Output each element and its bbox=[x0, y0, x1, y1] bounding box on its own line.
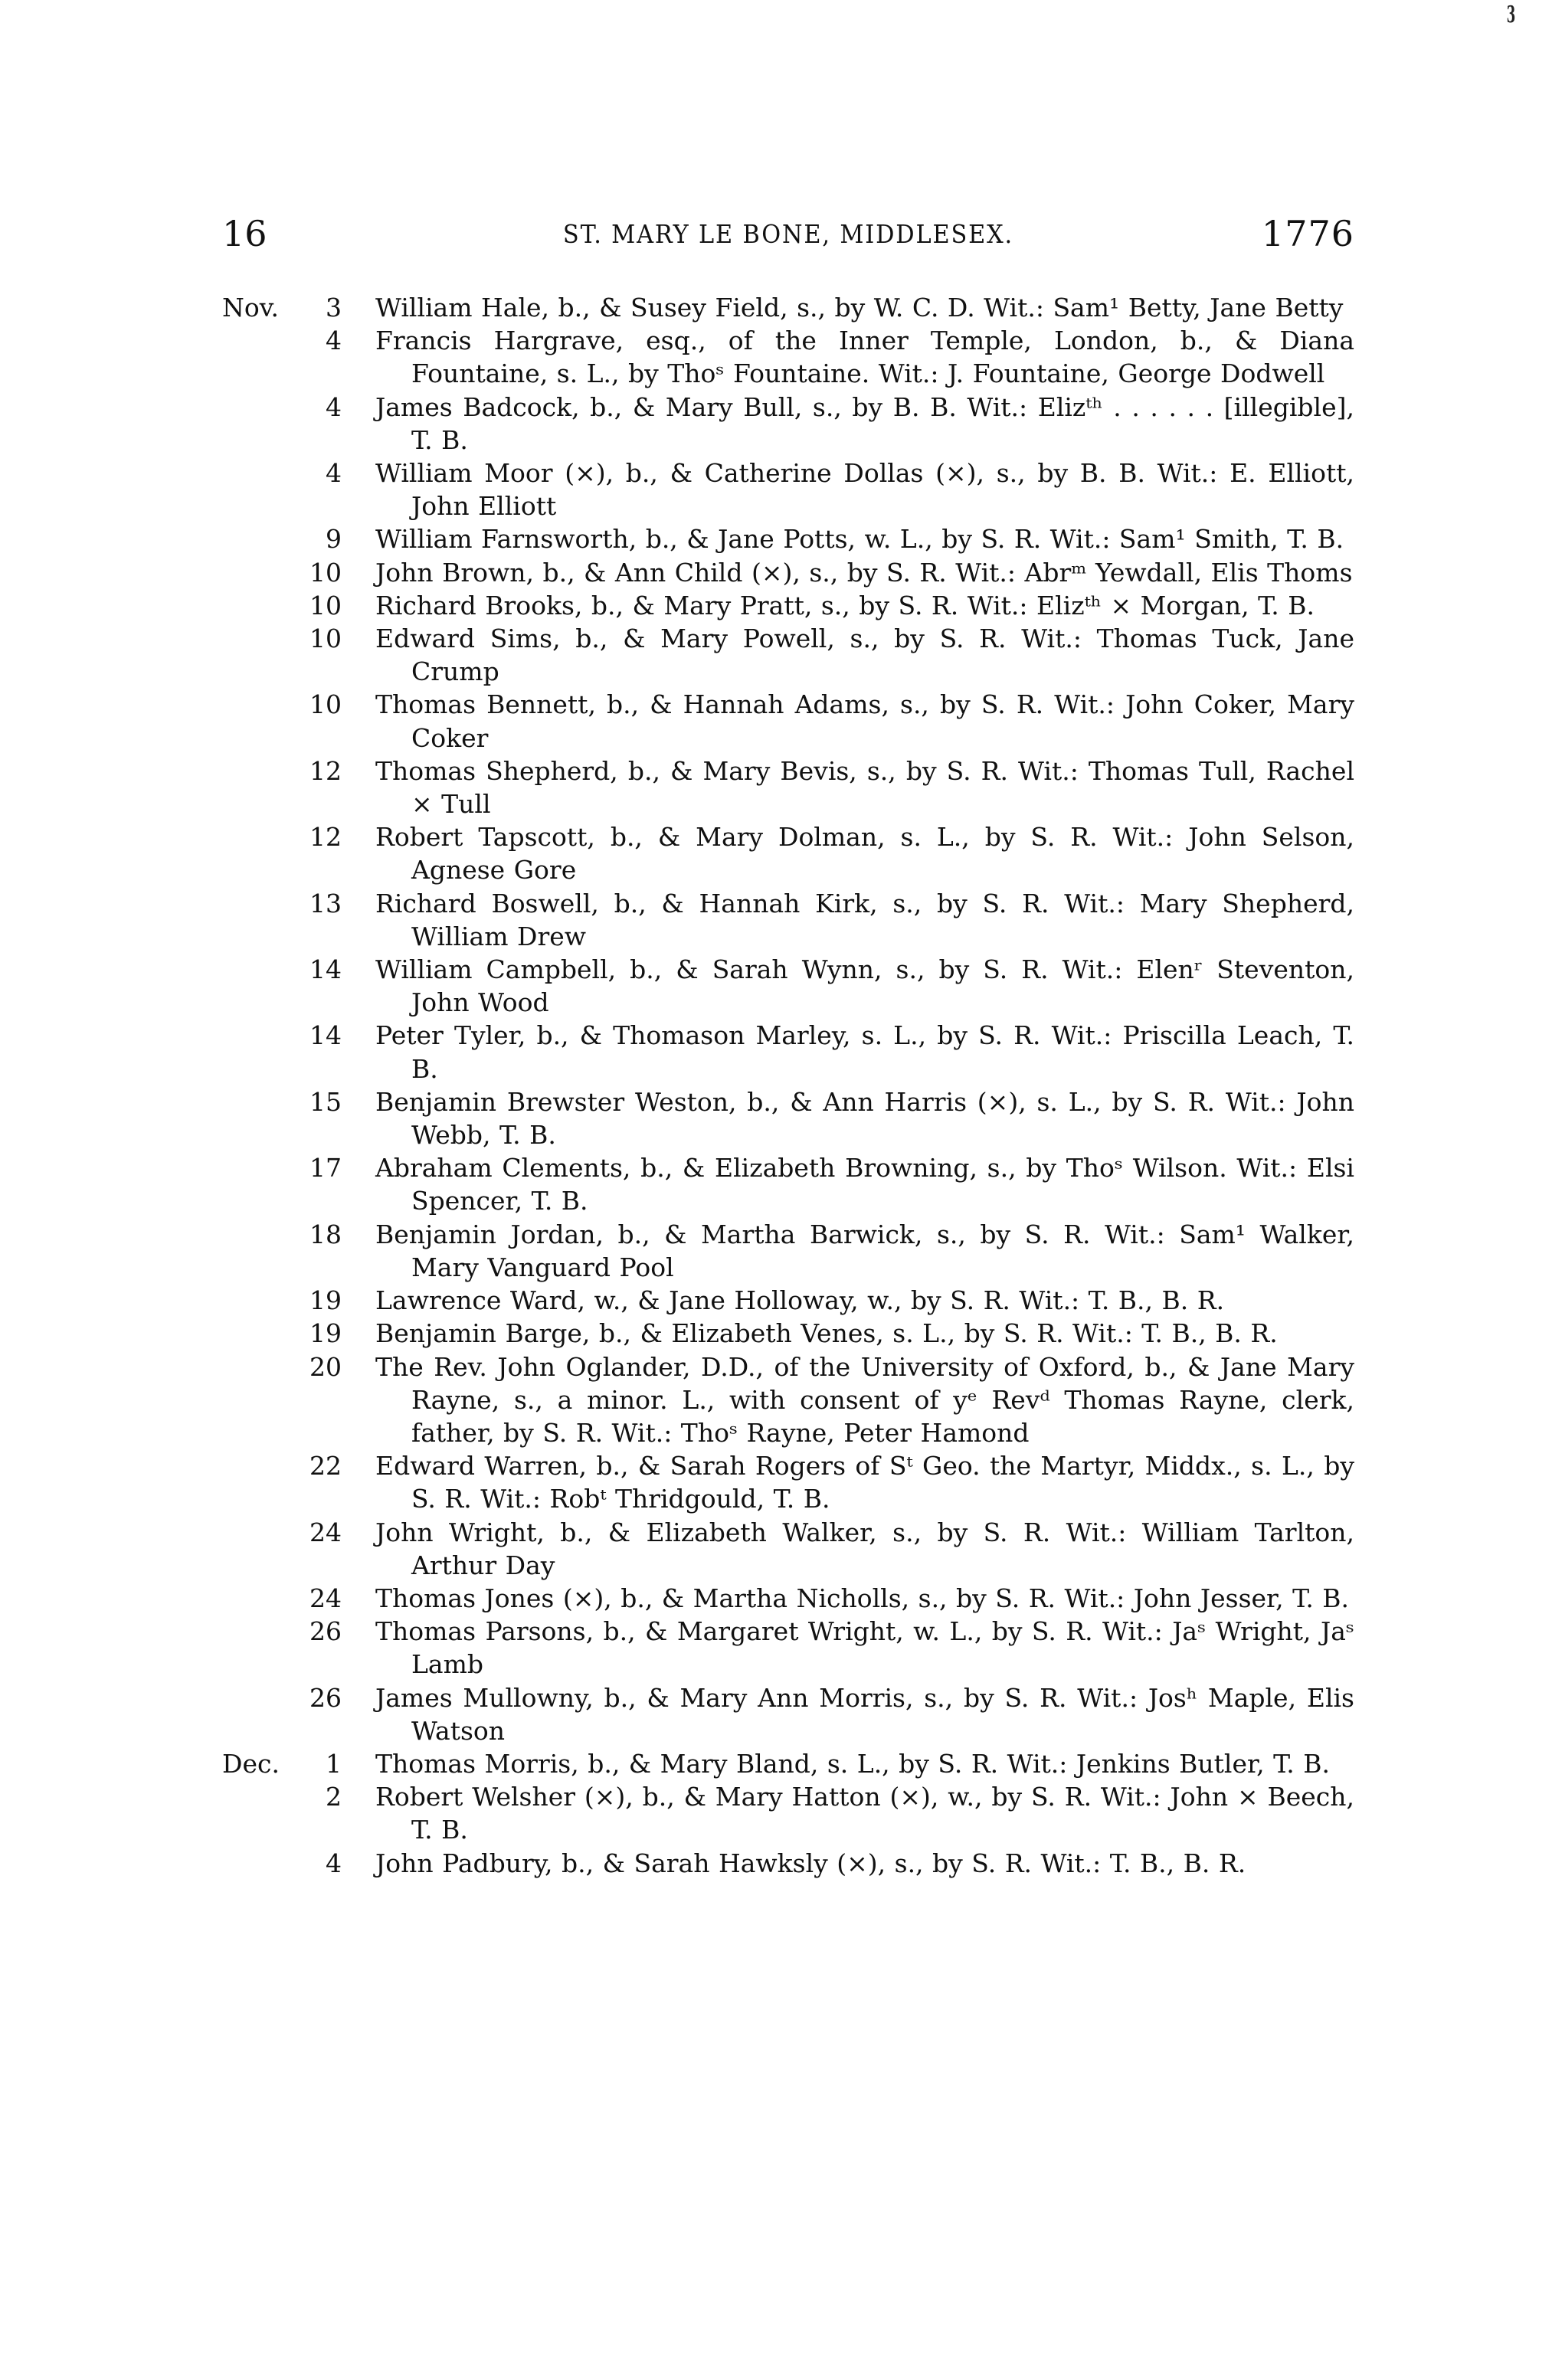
register-entry: Dec.1Thomas Morris, b., & Mary Bland, s.… bbox=[222, 1747, 1354, 1780]
entry-day: 13 bbox=[291, 887, 342, 920]
entry-day: 4 bbox=[291, 324, 342, 357]
register-entry: 10Richard Brooks, b., & Mary Pratt, s., … bbox=[222, 589, 1354, 622]
page-title: ST. MARY LE BONE, MIDDLESEX. bbox=[267, 219, 1309, 249]
entry-day: 19 bbox=[291, 1284, 342, 1317]
entry-day: 2 bbox=[291, 1780, 342, 1813]
entry-day: 20 bbox=[291, 1350, 342, 1383]
entry-day: 26 bbox=[291, 1615, 342, 1648]
register-entry: 17Abraham Clements, b., & Elizabeth Brow… bbox=[222, 1151, 1354, 1217]
register-entry: 10Edward Sims, b., & Mary Powell, s., by… bbox=[222, 622, 1354, 688]
register-entry: 12Robert Tapscott, b., & Mary Dolman, s.… bbox=[222, 820, 1354, 886]
register-entry: 10John Brown, b., & Ann Child (×), s., b… bbox=[222, 556, 1354, 589]
entry-text: William Moor (×), b., & Catherine Dollas… bbox=[375, 457, 1354, 522]
entry-text: Thomas Morris, b., & Mary Bland, s. L., … bbox=[375, 1747, 1354, 1780]
entry-day: 22 bbox=[291, 1449, 342, 1482]
entry-day: 24 bbox=[291, 1516, 342, 1549]
entry-day: 4 bbox=[291, 457, 342, 489]
entry-text: William Hale, b., & Susey Field, s., by … bbox=[375, 291, 1354, 324]
register-entry: 12Thomas Shepherd, b., & Mary Bevis, s.,… bbox=[222, 755, 1354, 820]
entry-text: Peter Tyler, b., & Thomason Marley, s. L… bbox=[375, 1019, 1354, 1085]
register-entry: 14Peter Tyler, b., & Thomason Marley, s.… bbox=[222, 1019, 1354, 1085]
register-entry: 15Benjamin Brewster Weston, b., & Ann Ha… bbox=[222, 1085, 1354, 1151]
entry-day: 10 bbox=[291, 556, 342, 589]
entry-day: 12 bbox=[291, 755, 342, 787]
entry-text: Lawrence Ward, w., & Jane Holloway, w., … bbox=[375, 1284, 1354, 1317]
entry-text: Richard Boswell, b., & Hannah Kirk, s., … bbox=[375, 887, 1354, 953]
register-entry: 26James Mullowny, b., & Mary Ann Morris,… bbox=[222, 1681, 1354, 1747]
entry-day: 15 bbox=[291, 1085, 342, 1118]
entry-day: 10 bbox=[291, 589, 342, 622]
register-entry: Nov.3William Hale, b., & Susey Field, s.… bbox=[222, 291, 1354, 324]
entry-day: 26 bbox=[291, 1681, 342, 1714]
entry-text: John Wright, b., & Elizabeth Walker, s.,… bbox=[375, 1516, 1354, 1582]
entry-day: 4 bbox=[291, 391, 342, 424]
register-entry: 19Benjamin Barge, b., & Elizabeth Venes,… bbox=[222, 1317, 1354, 1350]
register-entry: 2Robert Welsher (×), b., & Mary Hatton (… bbox=[222, 1780, 1354, 1846]
entry-day: 10 bbox=[291, 688, 342, 721]
entry-day: 4 bbox=[291, 1847, 342, 1880]
register-entry: 13Richard Boswell, b., & Hannah Kirk, s.… bbox=[222, 887, 1354, 953]
entry-text: Benjamin Brewster Weston, b., & Ann Harr… bbox=[375, 1085, 1354, 1151]
entry-text: William Campbell, b., & Sarah Wynn, s., … bbox=[375, 953, 1354, 1019]
register-entry: 24John Wright, b., & Elizabeth Walker, s… bbox=[222, 1516, 1354, 1582]
entry-day: 18 bbox=[291, 1218, 342, 1251]
entry-day: 3 bbox=[291, 291, 342, 324]
entry-text: Richard Brooks, b., & Mary Pratt, s., by… bbox=[375, 589, 1354, 622]
entry-day: 12 bbox=[291, 820, 342, 853]
entry-text: Francis Hargrave, esq., of the Inner Tem… bbox=[375, 324, 1354, 390]
register-entry: 18Benjamin Jordan, b., & Martha Barwick,… bbox=[222, 1218, 1354, 1284]
entry-text: James Badcock, b., & Mary Bull, s., by B… bbox=[375, 391, 1354, 457]
entry-text: Abraham Clements, b., & Elizabeth Browni… bbox=[375, 1151, 1354, 1217]
entry-text: Edward Sims, b., & Mary Powell, s., by S… bbox=[375, 622, 1354, 688]
entry-day: 10 bbox=[291, 622, 342, 655]
register-entry: 4James Badcock, b., & Mary Bull, s., by … bbox=[222, 391, 1354, 457]
register-entry: 14William Campbell, b., & Sarah Wynn, s.… bbox=[222, 953, 1354, 1019]
register-entry: 4Francis Hargrave, esq., of the Inner Te… bbox=[222, 324, 1354, 390]
entry-text: John Padbury, b., & Sarah Hawksly (×), s… bbox=[375, 1847, 1354, 1880]
entry-text: John Brown, b., & Ann Child (×), s., by … bbox=[375, 556, 1354, 589]
marriage-register: Nov.3William Hale, b., & Susey Field, s.… bbox=[222, 291, 1354, 1880]
entry-day: 14 bbox=[291, 953, 342, 986]
entry-month: Nov. bbox=[222, 291, 291, 324]
entry-text: Thomas Jones (×), b., & Martha Nicholls,… bbox=[375, 1582, 1354, 1615]
entry-month: Dec. bbox=[222, 1747, 291, 1780]
entry-text: James Mullowny, b., & Mary Ann Morris, s… bbox=[375, 1681, 1354, 1747]
entry-text: The Rev. John Oglander, D.D., of the Uni… bbox=[375, 1350, 1354, 1450]
register-entry: 19Lawrence Ward, w., & Jane Holloway, w.… bbox=[222, 1284, 1354, 1317]
entry-day: 14 bbox=[291, 1019, 342, 1052]
register-entry: 22Edward Warren, b., & Sarah Rogers of S… bbox=[222, 1449, 1354, 1515]
entry-text: Thomas Shepherd, b., & Mary Bevis, s., b… bbox=[375, 755, 1354, 820]
entry-text: Edward Warren, b., & Sarah Rogers of Sᵗ … bbox=[375, 1449, 1354, 1515]
entry-text: Thomas Bennett, b., & Hannah Adams, s., … bbox=[375, 688, 1354, 754]
register-entry: 10Thomas Bennett, b., & Hannah Adams, s.… bbox=[222, 688, 1354, 754]
running-head: 16 ST. MARY LE BONE, MIDDLESEX. 1776 bbox=[222, 213, 1354, 259]
register-entry: 4William Moor (×), b., & Catherine Dolla… bbox=[222, 457, 1354, 522]
year: 1776 bbox=[1262, 213, 1354, 254]
register-entry: 9William Farnsworth, b., & Jane Potts, w… bbox=[222, 522, 1354, 555]
entry-text: Robert Tapscott, b., & Mary Dolman, s. L… bbox=[375, 820, 1354, 886]
entry-day: 1 bbox=[291, 1747, 342, 1780]
entry-day: 17 bbox=[291, 1151, 342, 1184]
entry-text: Robert Welsher (×), b., & Mary Hatton (×… bbox=[375, 1780, 1354, 1846]
entry-day: 24 bbox=[291, 1582, 342, 1615]
entry-text: Benjamin Barge, b., & Elizabeth Venes, s… bbox=[375, 1317, 1354, 1350]
register-entry: 26Thomas Parsons, b., & Margaret Wright,… bbox=[222, 1615, 1354, 1681]
register-entry: 24Thomas Jones (×), b., & Martha Nicholl… bbox=[222, 1582, 1354, 1615]
corner-mark: 3 bbox=[1507, 2, 1515, 28]
page-number: 16 bbox=[222, 213, 267, 254]
entry-text: Benjamin Jordan, b., & Martha Barwick, s… bbox=[375, 1218, 1354, 1284]
entry-text: Thomas Parsons, b., & Margaret Wright, w… bbox=[375, 1615, 1354, 1681]
entry-day: 19 bbox=[291, 1317, 342, 1350]
register-entry: 20The Rev. John Oglander, D.D., of the U… bbox=[222, 1350, 1354, 1450]
entry-day: 9 bbox=[291, 522, 342, 555]
entry-text: William Farnsworth, b., & Jane Potts, w.… bbox=[375, 522, 1354, 555]
register-entry: 4John Padbury, b., & Sarah Hawksly (×), … bbox=[222, 1847, 1354, 1880]
